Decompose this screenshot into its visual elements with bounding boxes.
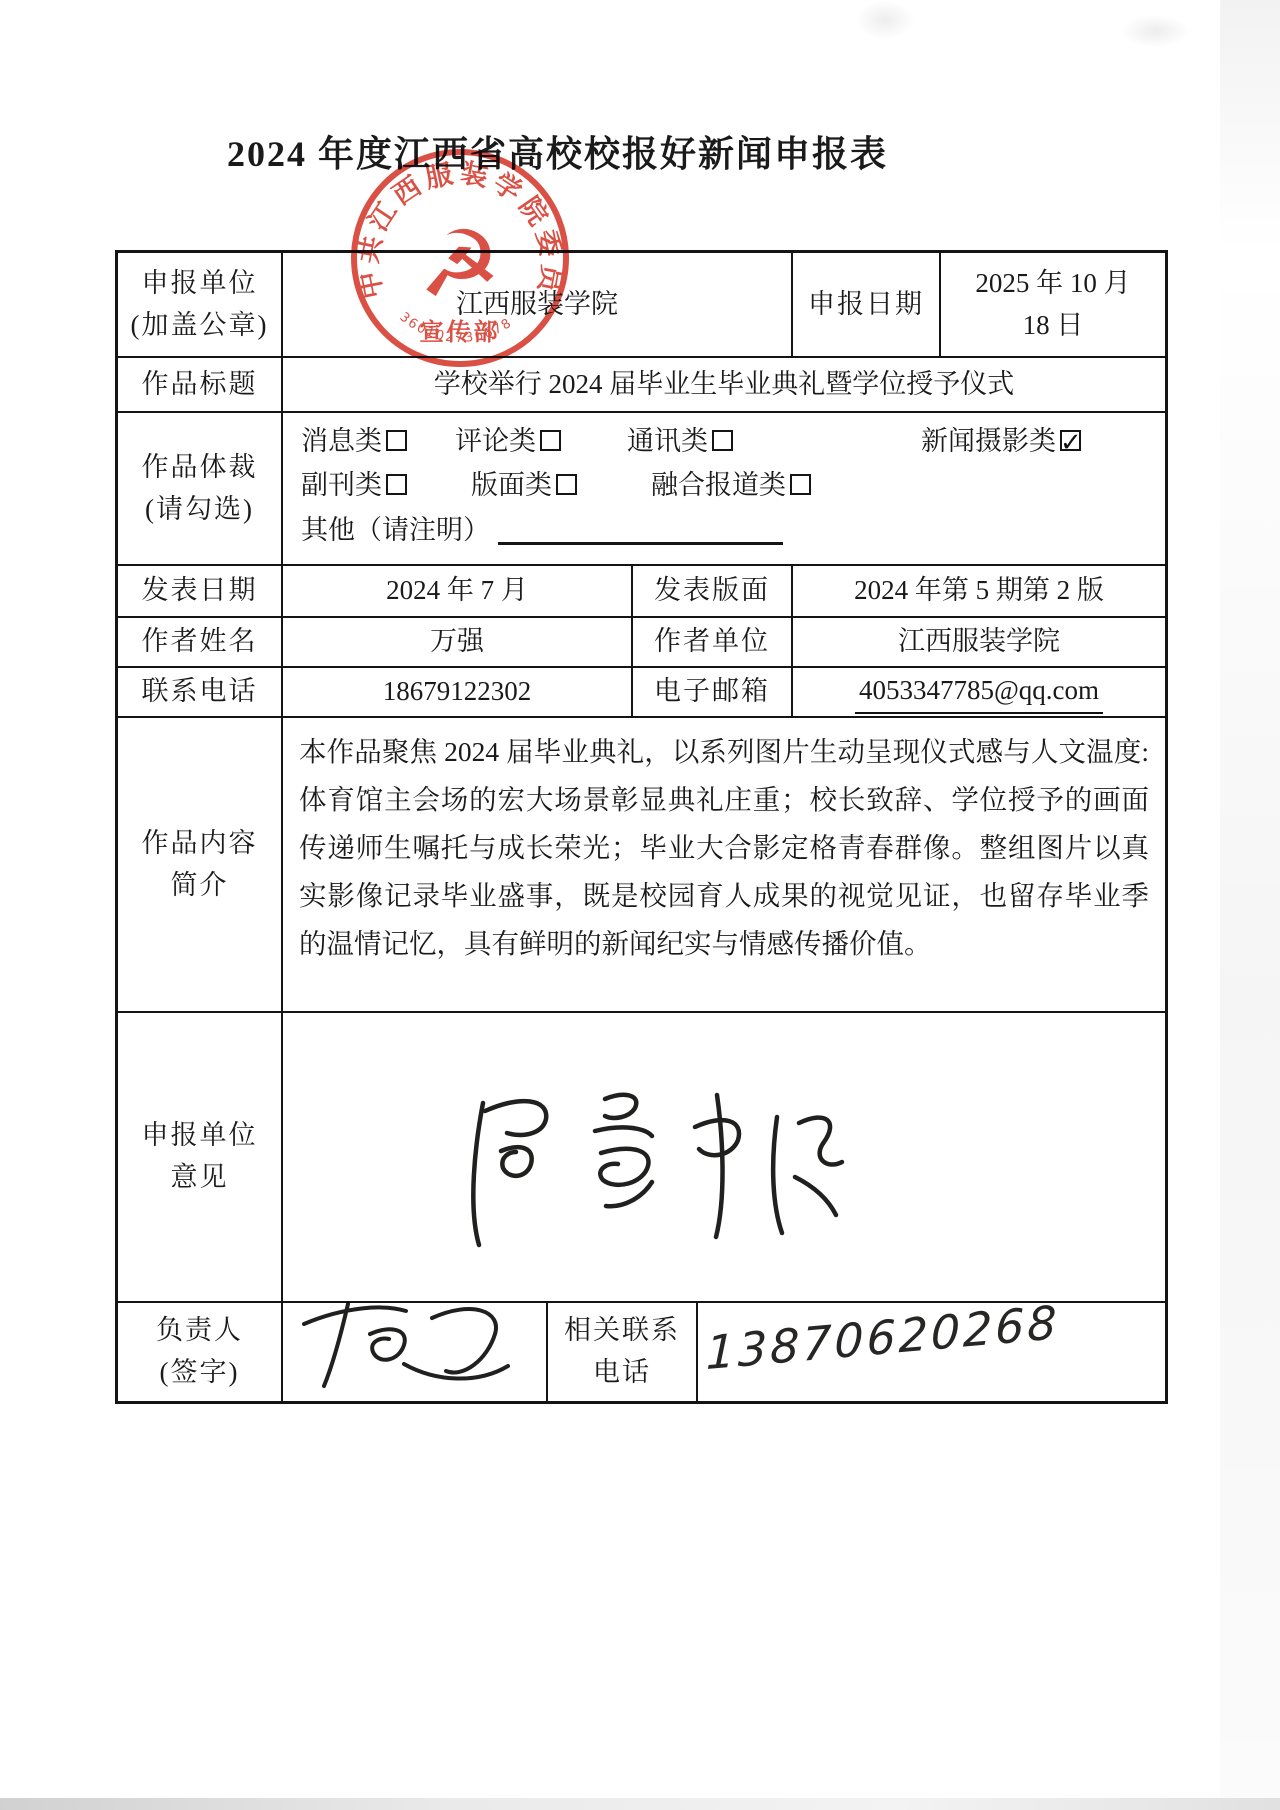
opinion-label: 申报单位 意见: [118, 1013, 283, 1301]
scan-edge-artifact: [0, 1798, 1280, 1810]
scanned-form-page: 2024 年度江西省高校校报好新闻申报表 申报单位 (加盖公章) 江西服装学院 …: [0, 0, 1280, 1810]
email-label: 电子邮箱: [633, 668, 793, 716]
checkbox-commentary-icon: [540, 430, 561, 451]
author-unit-label: 作者单位: [633, 618, 793, 666]
table-row: 作品体裁 (请勾选) 消息类 评论类 通讯类 新闻摄影类 副刊类 版面类 融合报…: [118, 413, 1165, 566]
genre-line-other: 其他（请注明）: [301, 508, 1155, 552]
checkbox-communication-icon: [712, 430, 733, 451]
genre-option-communication: 通讯类: [627, 421, 733, 463]
publish-date-value: 2024 年 7 月: [283, 566, 633, 616]
related-phone-label: 相关联系 电话: [548, 1303, 698, 1401]
head-signature: [286, 1292, 521, 1396]
summary-label: 作品内容 简介: [118, 718, 283, 1011]
genre-option-commentary: 评论类: [455, 421, 561, 463]
genre-label: 作品体裁 (请勾选): [118, 413, 283, 564]
author-name-label: 作者姓名: [118, 618, 283, 666]
genre-option-news-photography: 新闻摄影类: [921, 421, 1081, 463]
hammer-sickle-icon: ☭: [419, 211, 501, 318]
genre-other-label: 其他（请注明）: [301, 510, 490, 552]
checkbox-news-photography-icon: [1060, 430, 1081, 451]
checkbox-supplement-icon: [386, 474, 407, 495]
opinion-signature: 同意申报: [455, 1085, 845, 1260]
checkbox-news-icon: [386, 430, 407, 451]
publish-page-value: 2024 年第 5 期第 2 版: [793, 566, 1165, 616]
scan-smudge: [855, 0, 915, 40]
table-row: 作者姓名 万强 作者单位 江西服装学院: [118, 618, 1165, 668]
email-value-cell: 4053347785@qq.com: [793, 668, 1165, 716]
genre-line-1: 消息类 评论类 通讯类 新闻摄影类: [295, 421, 1155, 463]
contact-phone-value: 18679122302: [283, 668, 633, 716]
declare-date-label: 申报日期: [793, 253, 941, 356]
author-name-value: 万强: [283, 618, 633, 666]
genre-options-cell: 消息类 评论类 通讯类 新闻摄影类 副刊类 版面类 融合报道类 其他（请注明）: [283, 413, 1165, 564]
summary-value: 本作品聚焦 2024 届毕业典礼，以系列图片生动呈现仪式感与人文温度: 体育馆主…: [283, 718, 1165, 1011]
declare-unit-label: 申报单位 (加盖公章): [118, 253, 283, 356]
email-value: 4053347785@qq.com: [855, 670, 1103, 715]
table-row: 作品内容 简介 本作品聚焦 2024 届毕业典礼，以系列图片生动呈现仪式感与人文…: [118, 718, 1165, 1013]
scan-edge-artifact: [1220, 0, 1280, 1810]
genre-line-2: 副刊类 版面类 融合报道类: [295, 465, 1155, 507]
work-title-label: 作品标题: [118, 358, 283, 411]
scan-smudge: [1120, 14, 1190, 48]
checkbox-integrated-report-icon: [790, 474, 811, 495]
table-row: 申报单位 (加盖公章) 江西服装学院 申报日期 2025 年 10 月 18 日: [118, 253, 1165, 358]
table-row: 作品标题 学校举行 2024 届毕业生毕业典礼暨学位授予仪式: [118, 358, 1165, 413]
genre-other-blank-line: [498, 514, 783, 545]
author-unit-value: 江西服装学院: [793, 618, 1165, 666]
publish-page-label: 发表版面: [633, 566, 793, 616]
head-label: 负责人 (签字): [118, 1303, 283, 1401]
official-seal: 中共江西服装学院委员会 ☭ 宣传部 360102736678: [340, 146, 580, 386]
publish-date-label: 发表日期: [118, 566, 283, 616]
genre-option-news: 消息类: [301, 421, 407, 463]
table-row: 联系电话 18679122302 电子邮箱 4053347785@qq.com: [118, 668, 1165, 718]
checkbox-layout-icon: [556, 474, 577, 495]
genre-option-supplement: 副刊类: [301, 465, 407, 507]
genre-option-integrated-report: 融合报道类: [651, 465, 811, 507]
table-row: 发表日期 2024 年 7 月 发表版面 2024 年第 5 期第 2 版: [118, 566, 1165, 618]
contact-phone-label: 联系电话: [118, 668, 283, 716]
declare-date-value: 2025 年 10 月 18 日: [941, 253, 1165, 356]
genre-option-layout: 版面类: [471, 465, 577, 507]
